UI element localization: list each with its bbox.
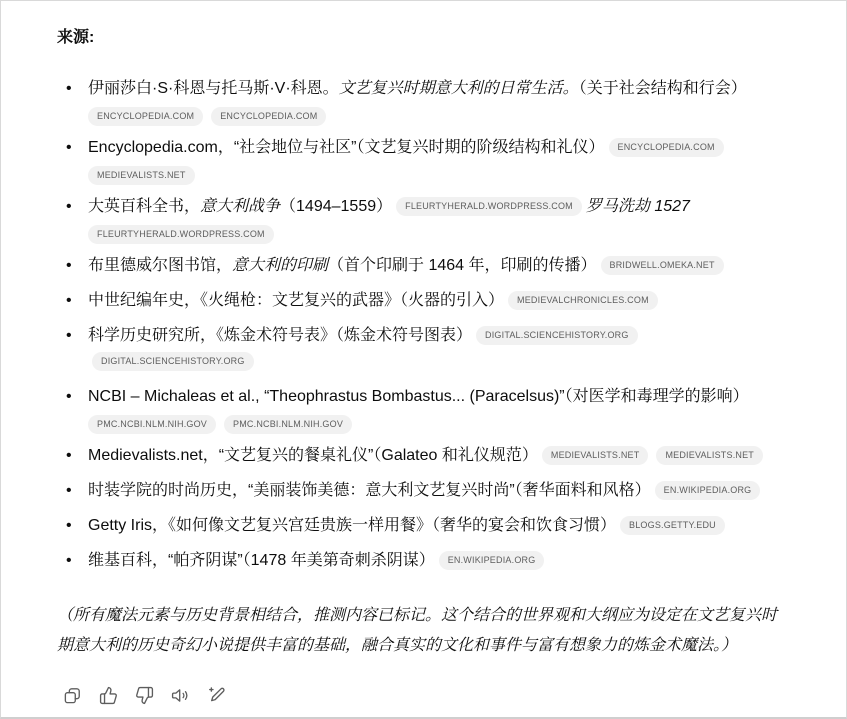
source-text: 科学历史研究所，《炼金术符号表》（炼金术符号图表） — [88, 327, 472, 344]
citation-chip[interactable]: ENCYCLOPEDIA.COM — [609, 138, 724, 157]
source-item: 布里德威尔图书馆，意大利的印刷（首个印刷于 1464 年，印刷的传播）BRIDW… — [57, 253, 790, 279]
source-item: 维基百科，“帕齐阴谋”（1478 年美第奇刺杀阴谋）EN.WIKIPEDIA.O… — [57, 548, 790, 574]
source-text: （首个印刷于 1464 年，印刷的传播） — [328, 257, 597, 274]
source-item: 中世纪编年史，《火绳枪：文艺复兴的武器》（火器的引入）MEDIEVALCHRON… — [57, 288, 790, 314]
source-text: Getty Iris，《如何像文艺复兴宫廷贵族一样用餐》（奢华的宴会和饮食习惯） — [88, 517, 616, 534]
source-title-italic: 意大利战争 — [200, 198, 280, 215]
source-item: Medievalists.net，“文艺复兴的餐桌礼仪”（Galateo 和礼仪… — [57, 443, 790, 469]
citation-chip[interactable]: PMC.NCBI.NLM.NIH.GOV — [224, 415, 352, 434]
citation-chip[interactable]: BRIDWELL.OMEKA.NET — [601, 256, 724, 275]
citation-chip[interactable]: ENCYCLOPEDIA.COM — [211, 107, 326, 126]
source-item: 大英百科全书，意大利战争（1494–1559）FLEURTYHERALD.WOR… — [57, 194, 790, 244]
source-text: 布里德威尔图书馆， — [88, 257, 232, 274]
edit-button[interactable] — [205, 684, 228, 707]
citation-chip[interactable]: EN.WIKIPEDIA.ORG — [439, 551, 545, 570]
copy-icon — [63, 686, 82, 705]
read-aloud-icon — [171, 686, 190, 705]
thumbs-down-icon — [135, 686, 154, 705]
source-text: 维基百科，“帕齐阴谋”（1478 年美第奇刺杀阴谋） — [88, 552, 435, 569]
citation-chip-row: MEDIEVALISTS.NET — [88, 166, 790, 185]
citation-chip[interactable]: PMC.NCBI.NLM.NIH.GOV — [88, 415, 216, 434]
message-actions — [61, 684, 790, 707]
source-title-italic: 罗马洗劫 1527 — [586, 198, 690, 215]
closing-note: （所有魔法元素与历史背景相结合，推测内容已标记。这个结合的世界观和大纲应为设定在… — [57, 601, 790, 661]
source-text: Encyclopedia.com，“社会地位与社区”（文艺复兴时期的阶级结构和礼… — [88, 139, 605, 156]
citation-chip[interactable]: EN.WIKIPEDIA.ORG — [655, 481, 761, 500]
source-text: 时装学院的时尚历史，“美丽装饰美德：意大利文艺复兴时尚”（奢华面料和风格） — [88, 482, 651, 499]
source-item: 科学历史研究所，《炼金术符号表》（炼金术符号图表）DIGITAL.SCIENCE… — [57, 323, 790, 375]
source-title-italic: 文艺复兴时期意大利的日常生活。 — [339, 80, 579, 97]
source-item: 伊丽莎白·S·科恩与托马斯·V·科恩。文艺复兴时期意大利的日常生活。（关于社会结… — [57, 76, 790, 126]
thumbs-up-icon — [99, 686, 118, 705]
sources-heading: 来源: — [57, 27, 790, 49]
read-aloud-button[interactable] — [169, 684, 192, 707]
source-text: 伊丽莎白·S·科恩与托马斯·V·科恩。 — [88, 80, 339, 97]
citation-chip[interactable]: DIGITAL.SCIENCEHISTORY.ORG — [92, 352, 254, 371]
source-text: （关于社会结构和行会） — [579, 80, 747, 97]
copy-button[interactable] — [61, 684, 84, 707]
source-text: NCBI – Michaleas et al., “Theophrastus B… — [88, 388, 749, 405]
thumbs-down-button[interactable] — [133, 684, 156, 707]
citation-chip[interactable]: MEDIEVALISTS.NET — [656, 446, 763, 465]
source-text: 大英百科全书， — [88, 198, 200, 215]
source-item: 时装学院的时尚历史，“美丽装饰美德：意大利文艺复兴时尚”（奢华面料和风格）EN.… — [57, 478, 790, 504]
source-item: NCBI – Michaleas et al., “Theophrastus B… — [57, 384, 790, 434]
source-text: Medievalists.net，“文艺复兴的餐桌礼仪”（Galateo 和礼仪… — [88, 447, 538, 464]
citation-chip[interactable]: FLEURTYHERALD.WORDPRESS.COM — [88, 225, 274, 244]
edit-icon — [207, 686, 226, 705]
source-title-italic: 意大利的印刷 — [232, 257, 328, 274]
source-item: Getty Iris，《如何像文艺复兴宫廷贵族一样用餐》（奢华的宴会和饮食习惯）… — [57, 513, 790, 539]
citation-chip-row: PMC.NCBI.NLM.NIH.GOVPMC.NCBI.NLM.NIH.GOV — [88, 415, 790, 434]
citation-chip[interactable]: ENCYCLOPEDIA.COM — [88, 107, 203, 126]
citation-chip[interactable]: FLEURTYHERALD.WORDPRESS.COM — [396, 197, 582, 216]
citation-chip-row: ENCYCLOPEDIA.COMENCYCLOPEDIA.COM — [88, 107, 790, 126]
citation-chip[interactable]: MEDIEVALISTS.NET — [88, 166, 195, 185]
message-container: 来源: 伊丽莎白·S·科恩与托马斯·V·科恩。文艺复兴时期意大利的日常生活。（关… — [0, 0, 847, 719]
citation-chip[interactable]: MEDIEVALISTS.NET — [542, 446, 649, 465]
sources-list: 伊丽莎白·S·科恩与托马斯·V·科恩。文艺复兴时期意大利的日常生活。（关于社会结… — [57, 76, 790, 574]
source-text: 中世纪编年史，《火绳枪：文艺复兴的武器》（火器的引入） — [88, 292, 504, 309]
citation-chip-row: FLEURTYHERALD.WORDPRESS.COM — [88, 225, 790, 244]
source-text: （1494–1559） — [280, 198, 392, 215]
source-item: Encyclopedia.com，“社会地位与社区”（文艺复兴时期的阶级结构和礼… — [57, 135, 790, 185]
citation-chip[interactable]: DIGITAL.SCIENCEHISTORY.ORG — [476, 326, 638, 345]
citation-chip[interactable]: BLOGS.GETTY.EDU — [620, 516, 725, 535]
thumbs-up-button[interactable] — [97, 684, 120, 707]
citation-chip[interactable]: MEDIEVALCHRONICLES.COM — [508, 291, 658, 310]
